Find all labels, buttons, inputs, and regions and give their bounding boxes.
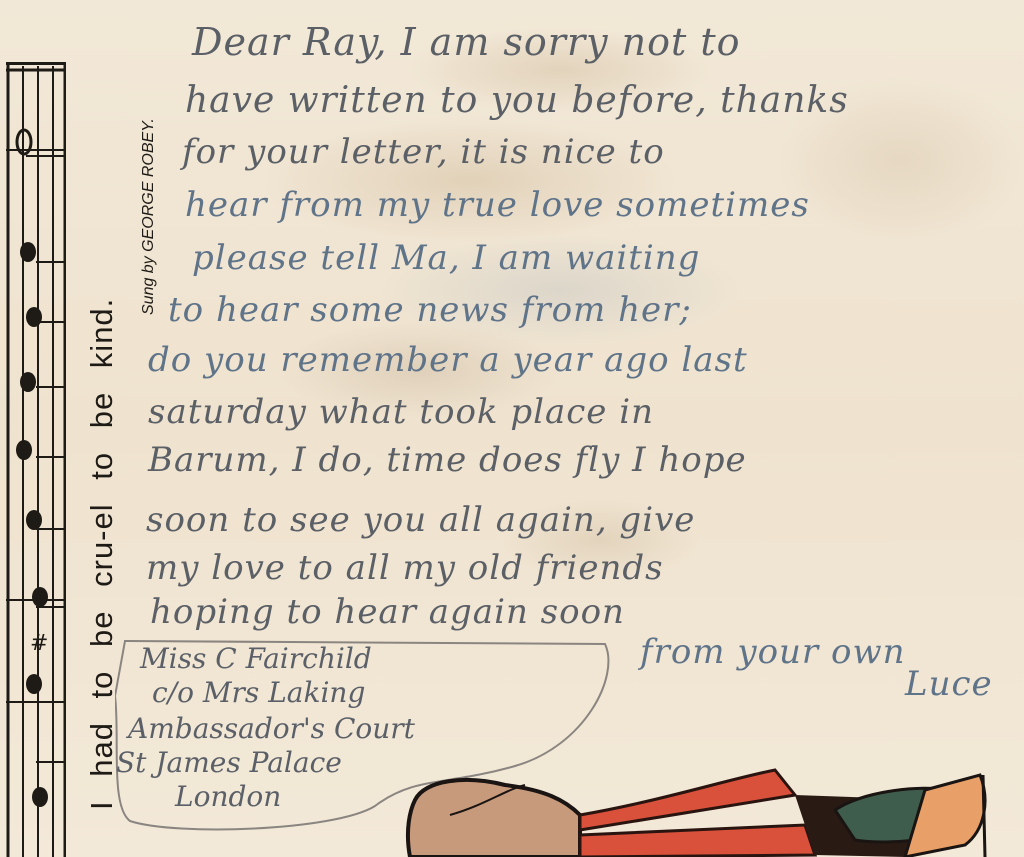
address-line: Ambassador's Court	[128, 712, 415, 745]
address-line: Miss C Fairchild	[140, 642, 372, 675]
letter-line: soon to see you all again, give	[146, 500, 695, 540]
cartoon-figure-illustration	[405, 760, 1005, 857]
letter-line: my love to all my old friends	[146, 548, 664, 588]
letter-line: Dear Ray, I am sorry not to	[192, 20, 741, 64]
letter-closing: from your own	[640, 632, 905, 672]
letter-line: hear from my true love sometimes	[185, 185, 810, 225]
letter-line: to hear some news from her;	[168, 290, 692, 330]
letter-line: do you remember a year ago last	[148, 340, 748, 380]
letter-line: have written to you before, thanks	[185, 80, 849, 121]
letter-line: Barum, I do, time does fly I hope	[148, 440, 747, 480]
letter-line: saturday what took place in	[148, 392, 654, 432]
address-line: St James Palace	[116, 746, 342, 779]
postcard: # I had to be cru-el to be kind. Sung by…	[0, 0, 1024, 857]
letter-line: please tell Ma, I am waiting	[192, 238, 700, 278]
letter-signature: Luce	[905, 664, 993, 704]
address-line: c/o Mrs Laking	[152, 676, 365, 709]
address-line: London	[175, 780, 281, 813]
letter-line: hoping to hear again soon	[150, 592, 625, 632]
letter-line: for your letter, it is nice to	[182, 132, 665, 172]
